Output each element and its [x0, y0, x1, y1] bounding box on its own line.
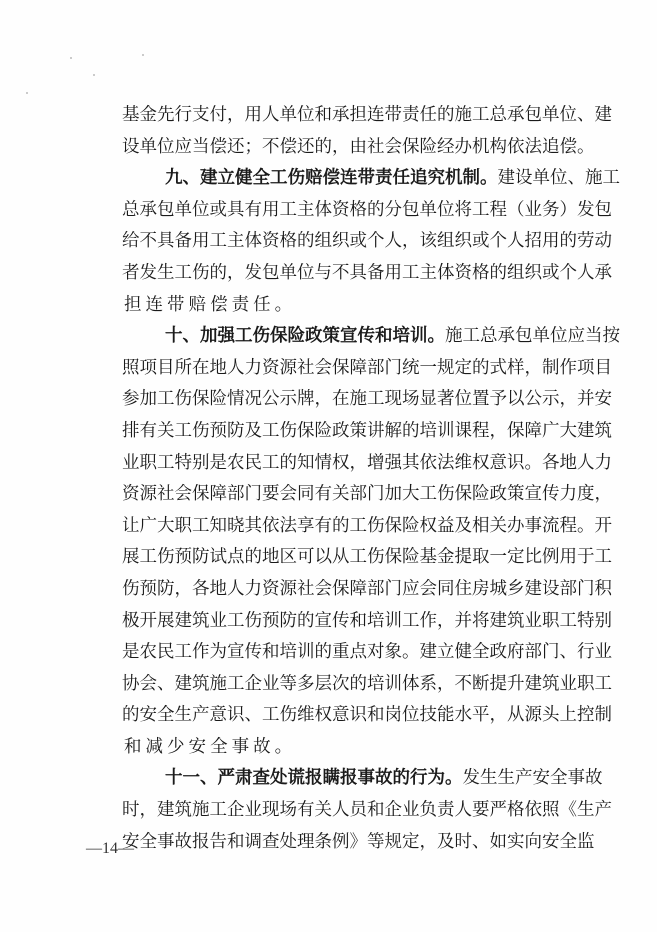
text-char: 作 [420, 606, 438, 638]
text-char: 时 [455, 827, 473, 859]
text-char: 政 [490, 637, 508, 669]
text-char: 流 [542, 511, 560, 543]
text-char: 训 [297, 637, 315, 669]
text-char: 维 [455, 448, 473, 480]
text-char: 工 [472, 195, 490, 227]
text-char: 包 [262, 258, 280, 290]
text-char: 防 [192, 542, 210, 574]
text-char: 设 [515, 163, 533, 195]
text-char: 产 [595, 795, 613, 827]
text-char: 备 [175, 226, 193, 258]
text-char: 用 [560, 542, 578, 574]
text-char: 险 [472, 479, 490, 511]
text-char: 企 [245, 669, 263, 701]
text-char: 基 [122, 100, 140, 132]
heading-char: 。 [445, 763, 463, 795]
text-char: 施 [445, 321, 463, 353]
text-char: 监 [577, 827, 595, 859]
text-char: 包 [595, 195, 613, 227]
text-char: 定 [402, 827, 420, 859]
text-char: 能 [437, 700, 455, 732]
text-char: 组 [507, 258, 525, 290]
text-char: 筑 [595, 416, 613, 448]
text-char: 时 [122, 795, 140, 827]
text-char: 展 [157, 606, 175, 638]
text-char: 担 [350, 100, 368, 132]
heading-char: 、 [183, 163, 201, 195]
text-char: 预 [210, 416, 228, 448]
text-char: 保 [297, 416, 315, 448]
text-char: 是 [210, 448, 228, 480]
text-char: 追 [542, 132, 560, 164]
text-char: 条 [315, 827, 333, 859]
text-char: 维 [297, 700, 315, 732]
text-char: 工 [262, 448, 280, 480]
text-char: 位 [455, 384, 473, 416]
text-line: 伤预防，各地人力资源社会保障部门应会同住房城乡建设部门积 [122, 574, 574, 606]
text-char: 不 [140, 226, 158, 258]
text-char: 加 [140, 384, 158, 416]
text-char: 的 [280, 448, 298, 480]
text-char: 事 [525, 511, 543, 543]
text-char: 障 [350, 574, 368, 606]
text-char: 机 [472, 132, 490, 164]
text-char: 任 [420, 100, 438, 132]
text-char: 险 [210, 384, 228, 416]
text-char: 予 [490, 384, 508, 416]
text-char: ， [227, 258, 245, 290]
text-char: ， [315, 384, 333, 416]
text-char: 力 [560, 479, 578, 511]
heading-char: 建 [200, 163, 218, 195]
text-char: 有 [140, 416, 158, 448]
text-char: 经 [437, 132, 455, 164]
text-char: 部 [560, 574, 578, 606]
text-char: 和 [350, 606, 368, 638]
text-char: 。 [577, 132, 595, 164]
text-char: 用 [542, 226, 560, 258]
text-char: 位 [550, 163, 568, 195]
text-char: 或 [472, 226, 490, 258]
text-char: 门 [367, 479, 385, 511]
text-char: 别 [192, 448, 210, 480]
text-char: 将 [472, 606, 490, 638]
text-char: 防 [227, 416, 245, 448]
text-char: 部 [350, 479, 368, 511]
text-char: 预 [140, 574, 158, 606]
text-char: 人 [455, 795, 473, 827]
text-char: 》 [350, 827, 368, 859]
text-char: 政 [490, 479, 508, 511]
text-char: 等 [367, 827, 385, 859]
text-char: 益 [437, 511, 455, 543]
heading-char: 、 [200, 763, 218, 795]
text-char: 、 [577, 100, 595, 132]
text-char: 是 [122, 637, 140, 669]
text-char: 现 [262, 795, 280, 827]
text-char: 民 [245, 448, 263, 480]
text-char: 个 [560, 258, 578, 290]
text-char: 和 [262, 637, 280, 669]
text-char: 包 [157, 195, 175, 227]
text-line: 给不具备用工主体资格的组织或个人，该组织或个人招用的劳动 [122, 226, 574, 258]
text-char: 传 [542, 479, 560, 511]
heading-char: 全 [253, 163, 271, 195]
text-char: 社 [367, 132, 385, 164]
text-char: 定 [455, 353, 473, 385]
text-char: 的 [245, 542, 263, 574]
text-char: 情 [227, 384, 245, 416]
text-char: 例 [542, 542, 560, 574]
text-char: 严 [490, 795, 508, 827]
text-char: 织 [332, 226, 350, 258]
heading-char: 政 [305, 321, 323, 353]
text-char: 目 [595, 353, 613, 385]
text-char: 关 [315, 795, 333, 827]
text-char: 体 [437, 258, 455, 290]
text-char: 资 [122, 479, 140, 511]
text-char: 点 [227, 542, 245, 574]
text-char: 保 [332, 574, 350, 606]
text-char: 发 [140, 258, 158, 290]
text-char: 次 [332, 669, 350, 701]
text-char: 生 [175, 700, 193, 732]
text-char: ， [350, 448, 368, 480]
text-char: 各 [192, 574, 210, 606]
text-char: 并 [455, 606, 473, 638]
text-char: 有 [297, 795, 315, 827]
text-char: 极 [122, 606, 140, 638]
text-char: 在 [332, 384, 350, 416]
text-char: 事 [568, 763, 586, 795]
text-char: 住 [455, 574, 473, 606]
text-char: 和 [227, 827, 245, 859]
scan-speck [70, 57, 72, 59]
text-char: 府 [507, 637, 525, 669]
text-char: 产 [515, 763, 533, 795]
text-char: 发 [463, 763, 481, 795]
text-char: 积 [595, 574, 613, 606]
text-char: 法 [437, 448, 455, 480]
text-char: 重 [332, 637, 350, 669]
text-char: 试 [210, 542, 228, 574]
text-char: 业 [245, 795, 263, 827]
text-char: 力 [245, 574, 263, 606]
text-char: 行 [577, 637, 595, 669]
text-char: 发 [577, 195, 595, 227]
heading-char: 为 [428, 763, 446, 795]
text-char: 建 [498, 163, 516, 195]
text-char: 伤 [192, 258, 210, 290]
text-char: 定 [507, 542, 525, 574]
heading-char: 瞒 [323, 763, 341, 795]
text-char: 施 [350, 384, 368, 416]
text-char: 单 [420, 195, 438, 227]
text-char: 的 [350, 669, 368, 701]
text-char: 伤 [367, 542, 385, 574]
text-char: 处 [280, 827, 298, 859]
text-char: 程 [472, 416, 490, 448]
text-char: 保 [402, 132, 420, 164]
text-char: 建 [157, 795, 175, 827]
text-char: 力 [245, 353, 263, 385]
text-char: 关 [332, 479, 350, 511]
text-char: 意 [210, 700, 228, 732]
text-char: 工 [227, 606, 245, 638]
text-char: 故 [251, 732, 273, 764]
text-char: 广 [542, 416, 560, 448]
text-char: 伤 [280, 700, 298, 732]
heading-char: 偿 [323, 163, 341, 195]
text-char: 从 [507, 700, 525, 732]
heading-char: 肃 [235, 763, 253, 795]
text-char: 情 [315, 448, 333, 480]
text-line: 基金先行支付，用人单位和承担连带责任的施工总承包单位、建 [122, 100, 574, 132]
text-char: 照 [122, 353, 140, 385]
text-char: 用 [245, 100, 263, 132]
text-char: 构 [490, 132, 508, 164]
heading-char: 究 [428, 163, 446, 195]
text-char: 体 [245, 226, 263, 258]
text-char: 格 [350, 195, 368, 227]
text-char: 于 [577, 542, 595, 574]
text-char: 筑 [542, 669, 560, 701]
text-char: 开 [140, 606, 158, 638]
heading-char: 查 [253, 763, 271, 795]
text-char: 宣 [525, 479, 543, 511]
text-char: 安 [533, 763, 551, 795]
text-char: 险 [402, 511, 420, 543]
text-char: 施 [455, 100, 473, 132]
text-char: 同 [437, 574, 455, 606]
text-char: 给 [122, 226, 140, 258]
heading-char: 伤 [288, 163, 306, 195]
text-char: 资 [262, 353, 280, 385]
text-char: 的 [402, 416, 420, 448]
text-char: 取 [472, 542, 490, 574]
text-char: 城 [490, 574, 508, 606]
text-char: 体 [402, 669, 420, 701]
text-char: 会 [315, 353, 333, 385]
text-char: 岗 [385, 700, 403, 732]
text-char: 课 [455, 416, 473, 448]
text-char: 企 [227, 795, 245, 827]
text-char: 源 [140, 479, 158, 511]
text-char: 依 [525, 795, 543, 827]
text-char: 系 [420, 669, 438, 701]
text-char: 技 [420, 700, 438, 732]
text-char: 伤 [192, 416, 210, 448]
heading-char: 和 [375, 321, 393, 353]
text-char: 策 [507, 479, 525, 511]
text-char: 建 [420, 637, 438, 669]
text-char: 升 [507, 669, 525, 701]
text-char: 连 [144, 290, 166, 322]
text-char: 伤 [245, 606, 263, 638]
text-char: 资 [262, 574, 280, 606]
text-char: ， [560, 384, 578, 416]
text-line: 的安全生产意识、工伤维权意识和岗位技能水平，从源头上控制 [122, 700, 574, 732]
text-char: 人 [577, 258, 595, 290]
heading-char: 保 [270, 321, 288, 353]
text-char: 牌 [297, 384, 315, 416]
text-char: 业 [210, 606, 228, 638]
text-line: 时，建筑施工企业现场有关人员和企业负责人要严格依照《生产 [122, 795, 574, 827]
text-char: 位 [297, 258, 315, 290]
text-char: 依 [262, 511, 280, 543]
text-char: 人 [227, 574, 245, 606]
text-char: 门 [577, 574, 595, 606]
text-char: 特 [175, 448, 193, 480]
heading-char: 连 [340, 163, 358, 195]
text-char: 的 [315, 132, 333, 164]
text-char: 部 [227, 479, 245, 511]
text-char: ， [420, 827, 438, 859]
text-char: 门 [542, 637, 560, 669]
text-char: 场 [402, 384, 420, 416]
text-char: 培 [367, 606, 385, 638]
text-char: 的 [437, 100, 455, 132]
text-char: 广 [140, 511, 158, 543]
text-char: 相 [472, 511, 490, 543]
text-char: 工 [560, 606, 578, 638]
heading-char: 十 [165, 763, 183, 795]
text-char: 地 [262, 542, 280, 574]
heading-char: 行 [410, 763, 428, 795]
text-char: 会 [280, 479, 298, 511]
text-char: 总 [490, 100, 508, 132]
text-char: 查 [262, 827, 280, 859]
text-char: 织 [455, 226, 473, 258]
text-line: 让广大职工知晓其依法享有的工伤保险权益及相关办事流程。开 [122, 511, 574, 543]
text-line: 和减少安全事故。 [122, 732, 574, 764]
text-char: 报 [192, 827, 210, 859]
heading-char: 追 [410, 163, 428, 195]
text-char: 门 [385, 353, 403, 385]
text-char: 别 [595, 606, 613, 638]
text-char: 培 [280, 637, 298, 669]
text-char: 业 [262, 669, 280, 701]
text-char: 地 [210, 574, 228, 606]
text-char: 伤 [437, 479, 455, 511]
text-char: 享 [297, 511, 315, 543]
text-char: 单 [280, 100, 298, 132]
text-char: 权 [332, 448, 350, 480]
text-char: 应 [568, 321, 586, 353]
text-char: 建 [525, 574, 543, 606]
text-char: ， [490, 416, 508, 448]
text-char: 场 [280, 795, 298, 827]
text-char: 障 [525, 416, 543, 448]
heading-char: 报 [305, 763, 323, 795]
text-char: 农 [227, 448, 245, 480]
text-char: 度 [577, 479, 595, 511]
text-char: 带 [165, 290, 187, 322]
text-char: 主 [420, 258, 438, 290]
text-char: 《 [560, 795, 578, 827]
text-char: 著 [437, 384, 455, 416]
text-char: 力 [595, 448, 613, 480]
text-line: 九、建立健全工伤赔偿连带责任追究机制。建设单位、施工 [122, 163, 574, 195]
text-line: 设单位应当偿还；不偿还的，由社会保险经办机构依法追偿。 [122, 132, 574, 164]
text-char: 工 [210, 795, 228, 827]
text-char: 应 [402, 574, 420, 606]
heading-char: 赔 [305, 163, 323, 195]
text-char: 或 [210, 195, 228, 227]
text-char: 解 [385, 416, 403, 448]
text-char: 防 [157, 574, 175, 606]
text-char: 防 [280, 606, 298, 638]
text-char: ； [245, 132, 263, 164]
text-char: 由 [350, 132, 368, 164]
text-char: 作 [192, 637, 210, 669]
heading-char: 、 [183, 321, 201, 353]
heading-char: 宣 [340, 321, 358, 353]
text-line: 担连带赔偿责任。 [122, 290, 574, 322]
text-char: 在 [192, 353, 210, 385]
text-char: 、 [560, 637, 578, 669]
text-char: 不 [455, 669, 473, 701]
text-char: 训 [385, 669, 403, 701]
text-char: 业 [560, 669, 578, 701]
text-char: 断 [472, 669, 490, 701]
text-char: 建 [577, 416, 595, 448]
text-char: 具 [350, 258, 368, 290]
text-char: 工 [157, 384, 175, 416]
text-char: 规 [437, 353, 455, 385]
text-char: 格 [472, 258, 490, 290]
text-char: 位 [560, 100, 578, 132]
text-char: 办 [455, 132, 473, 164]
text-char: 工 [157, 448, 175, 480]
text-char: 部 [367, 353, 385, 385]
text-char: 保 [385, 542, 403, 574]
text-char: 的 [210, 258, 228, 290]
heading-char: 。 [480, 163, 498, 195]
text-char: 动 [595, 226, 613, 258]
heading-char: 传 [358, 321, 376, 353]
text-char: 讲 [367, 416, 385, 448]
text-char: 筑 [192, 606, 210, 638]
text-char: 减 [144, 732, 166, 764]
text-line: 安全事故报告和调查处理条例》等规定，及时、如实向安全监 [122, 827, 574, 859]
text-char: 人 [577, 448, 595, 480]
text-char: 还 [297, 132, 315, 164]
text-char: 生 [498, 763, 516, 795]
text-char: 法 [525, 132, 543, 164]
text-char: 、 [245, 700, 263, 732]
text-char: 单 [533, 321, 551, 353]
text-char: 生 [480, 763, 498, 795]
text-char: 主 [227, 226, 245, 258]
text-char: 单 [280, 258, 298, 290]
text-char: 制 [542, 353, 560, 385]
text-line: 照项目所在地人力资源社会保障部门统一规定的式样，制作项目 [122, 353, 574, 385]
text-char: 对 [367, 637, 385, 669]
text-char: 。 [273, 290, 295, 322]
text-char: 保 [507, 416, 525, 448]
text-char: 实 [507, 827, 525, 859]
text-char: 制 [595, 700, 613, 732]
text-char: 责 [402, 100, 420, 132]
document-body: 基金先行支付，用人单位和承担连带责任的施工总承包单位、建设单位应当偿还；不偿还的… [122, 100, 574, 858]
text-char: 识 [350, 700, 368, 732]
text-char: 统 [402, 353, 420, 385]
text-char: 人 [385, 226, 403, 258]
text-char: 大 [402, 479, 420, 511]
text-char: 告 [210, 827, 228, 859]
text-char: 筑 [192, 669, 210, 701]
